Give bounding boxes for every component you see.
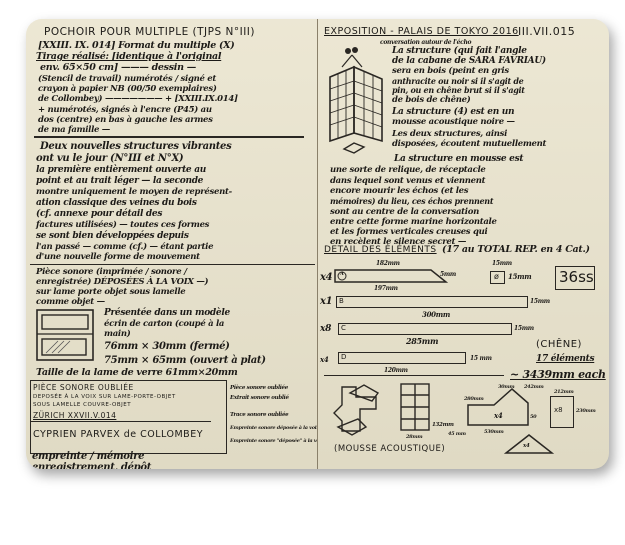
bar-b: B	[336, 296, 528, 308]
item-b-side-dim: 15mm	[530, 299, 550, 305]
para-line: de bois de chêne)	[392, 96, 470, 105]
house-qty: x4	[494, 412, 502, 419]
stamp-line: PIÈCE SONORE OUBLIÉE	[33, 384, 134, 392]
para-line: de la cabane de SARA FAVRIAU)	[392, 57, 546, 66]
folding-structure-sketch-icon	[324, 45, 388, 155]
para-line: sera en bois (peint en gris	[392, 67, 509, 76]
para-line: La structure (qui fait l'angle	[392, 47, 527, 56]
divider	[324, 375, 504, 376]
para-line: point et au trait léger — la seconde	[36, 177, 203, 186]
side-note: Empreinte sonore "déposée" à la voix	[230, 439, 318, 444]
presented-line: écrin de carton (coupé à la	[104, 320, 224, 329]
element-count: 17 éléments	[536, 355, 594, 364]
house-dim: 242mm	[524, 385, 544, 390]
item-b-qty: x1	[320, 297, 332, 307]
item-a-side-dim: 5mm	[440, 272, 456, 278]
item-b-label: B	[339, 297, 344, 305]
para-line: (cf. annexe pour détail des	[36, 210, 162, 219]
section-label: 15mm	[492, 261, 512, 267]
size-line: env. 65×50 cm] ——— dessin —	[40, 63, 196, 73]
side-note: Pièce sonore oubliée	[230, 386, 288, 392]
para-line: factures utilisées) — toutes ces formes	[36, 221, 209, 230]
para-line: se sont bien développées depuis	[36, 232, 189, 241]
bottom-line: empreinte / mémoire	[32, 452, 144, 462]
item-b-bottom-dim: 300mm	[422, 311, 450, 318]
notebook-spread: POCHOIR POUR MULTIPLE (TJPS N°III) [XXII…	[26, 19, 609, 469]
tirage-line: Tirage réalisé: [identique à l'original	[36, 52, 221, 62]
para-line: La structure en mousse est	[394, 155, 523, 164]
item-d-label: D	[341, 353, 346, 361]
presented-line: Présentée dans un modèle	[104, 309, 230, 318]
notes-line: de Collombey) ——————— + [XXIII.IX.014]	[38, 95, 238, 104]
para-line: Pièce sonore (imprimée / sonore /	[36, 268, 187, 277]
details-heading: DETAIL DES ÉLÉMENTS	[324, 246, 437, 255]
total-length: ~ 3439mm each	[510, 369, 606, 380]
para-line: montre uniquement le moyen de représent-	[36, 188, 232, 197]
para-line: comme objet —	[36, 298, 105, 307]
para-line: dans lequel sont venus et viennent	[330, 177, 485, 186]
para-line: entre cette forme marine horizontale	[330, 218, 497, 227]
notes-line: crayon à papier NB (00/50 exemplaires)	[38, 85, 217, 94]
left-page: POCHOIR POUR MULTIPLE (TJPS N°III) [XXII…	[26, 19, 318, 469]
bevel-bar-a-icon	[334, 268, 454, 284]
closed-dimension: 76mm × 30mm (fermé)	[104, 342, 230, 352]
stamp-line: SOUS LAMELLE COUVRE-OBJET	[33, 403, 131, 409]
grid-height: 132mm	[432, 423, 454, 429]
para-line: mousse acoustique noire —	[392, 118, 515, 127]
bar-d: D	[338, 352, 466, 364]
para-line: et les formes verticales creuses qui	[330, 228, 487, 237]
para-line: d'une nouvelle forme de mouvement	[36, 253, 200, 262]
item-a-bottom-dim: 197mm	[374, 286, 398, 292]
item-a-label: A	[340, 272, 344, 277]
left-page-title: POCHOIR POUR MULTIPLE (TJPS N°III)	[44, 27, 255, 38]
para-line: sont au centre de la conversation	[330, 208, 479, 217]
bottom-line: enregistrement, dépôt	[32, 463, 151, 469]
section-square: ø	[490, 271, 505, 284]
section-dim: 15mm	[508, 273, 531, 280]
blade-size: Taille de la lame de verre 61mm×20mm	[36, 368, 237, 378]
divider	[31, 421, 211, 422]
item-d-side-dim: 15 mm	[470, 356, 492, 362]
para-line: la première entièrement ouverte au	[36, 166, 206, 175]
rect-top-dim: 212mm	[554, 390, 574, 395]
diameter-symbol-icon: ø	[494, 273, 499, 281]
item-d-qty: x4	[320, 356, 328, 363]
notes-line: dos (centre) en bas à gauche les armes	[38, 116, 213, 125]
notes-line: + numérotés, signés à l'encre (P45) au	[38, 106, 212, 115]
item-c-bottom-dim: 285mm	[406, 337, 438, 345]
item-a-top-dim: 182mm	[376, 261, 400, 267]
details-heading-note: (17 au TOTAL REP. en 4 Cat.)	[442, 245, 590, 255]
date-line: [XXIII. IX. 014] Format du multiple (X)	[38, 41, 234, 51]
foam-label: (MOUSSE ACOUSTIQUE)	[334, 445, 445, 454]
para-line: encore mourir les échos (et les	[330, 187, 468, 196]
bar-c: C	[338, 323, 512, 335]
divider	[30, 264, 315, 265]
side-note: Trace sonore oubliée	[230, 413, 288, 419]
right-page: EXPOSITION - PALAIS DE TOKYO 2016 III.VI…	[318, 19, 609, 469]
para-line: pin, ou en chêne brut si il s'agit	[392, 86, 525, 94]
side-note: Empreinte sonore déposée à la voix	[230, 426, 318, 431]
material-label: (CHÊNE)	[536, 340, 582, 350]
para-line: enregistrée) DÉPOSÉES À LA VOIX —)	[36, 278, 208, 287]
para-line: Deux nouvelles structures vibrantes	[40, 142, 231, 152]
para-line: une sorte de relique, de réceptacle	[330, 166, 486, 175]
para-line: Les deux structures, ainsi	[392, 130, 507, 139]
house-profile-sketch-icon	[466, 387, 536, 427]
para-line: La structure (4) est en un	[392, 108, 514, 117]
para-line: anthracite ou noir si il s'agit de	[392, 77, 523, 85]
signature: CYPRIEN PARVEX de COLLOMBEY	[33, 430, 203, 440]
open-dimension: 75mm × 65mm (ouvert à plat)	[104, 356, 266, 366]
para-line: mémoires) du lieu, ces échos prennent	[330, 197, 493, 205]
stamp-location-date: ZÜRICH XXVII.V.014	[33, 412, 116, 420]
para-line: ont vu le jour (N°III et N°X)	[36, 154, 183, 164]
boxed-value: 36ss	[555, 266, 595, 290]
divider	[34, 136, 304, 138]
rect-side-dim: 230mm	[576, 409, 596, 414]
item-c-side-dim: 15mm	[514, 326, 534, 332]
presented-line: main)	[104, 330, 130, 339]
item-d-bottom-dim: 120mm	[384, 368, 408, 374]
boxed-value-text: 36ss	[559, 270, 594, 285]
stamp-label: PIÈCE SONORE OUBLIÉE DEPOSÉE À LA VOIX S…	[30, 380, 227, 454]
house-dim: 530mm	[484, 430, 504, 435]
notes-line: de ma famille —	[38, 126, 110, 135]
para-line: l'an passé — comme (cf.) — étant partie	[36, 243, 213, 252]
slide-case-sketch-icon	[36, 309, 94, 361]
foam-grid-sketch-icon	[400, 383, 432, 433]
triangle-qty: x4	[523, 444, 530, 450]
notes-line: (Stencil de travail) numérotés / signé e…	[38, 75, 216, 84]
stamp-line: DEPOSÉE À LA VOIX SUR LAME-PORTE-OBJET	[33, 395, 176, 401]
right-page-date: III.VII.015	[518, 26, 575, 37]
interlocking-foam-sketch-icon	[332, 383, 384, 437]
house-dim: 280mm	[464, 397, 484, 402]
foam-rect-sketch: x8	[550, 396, 574, 428]
right-page-title: EXPOSITION - PALAIS DE TOKYO 2016	[324, 27, 519, 37]
para-line: sur lame porte objet sous lamelle	[36, 288, 185, 297]
foam-thickness: 45 mm	[448, 432, 466, 437]
para-line: ation classique des veines du bois	[36, 199, 197, 208]
para-line: disposées, écoutent mutuellement	[392, 140, 546, 149]
side-note: Extrait sonore oublié	[230, 396, 289, 402]
rect-qty: x8	[554, 407, 563, 414]
item-c-qty: x8	[320, 325, 331, 334]
item-c-label: C	[341, 324, 346, 332]
item-a-qty: x4	[320, 273, 332, 283]
house-dim: 50	[530, 415, 536, 420]
house-dim: 30mm	[498, 385, 514, 390]
grid-width: 28mm	[406, 435, 422, 440]
